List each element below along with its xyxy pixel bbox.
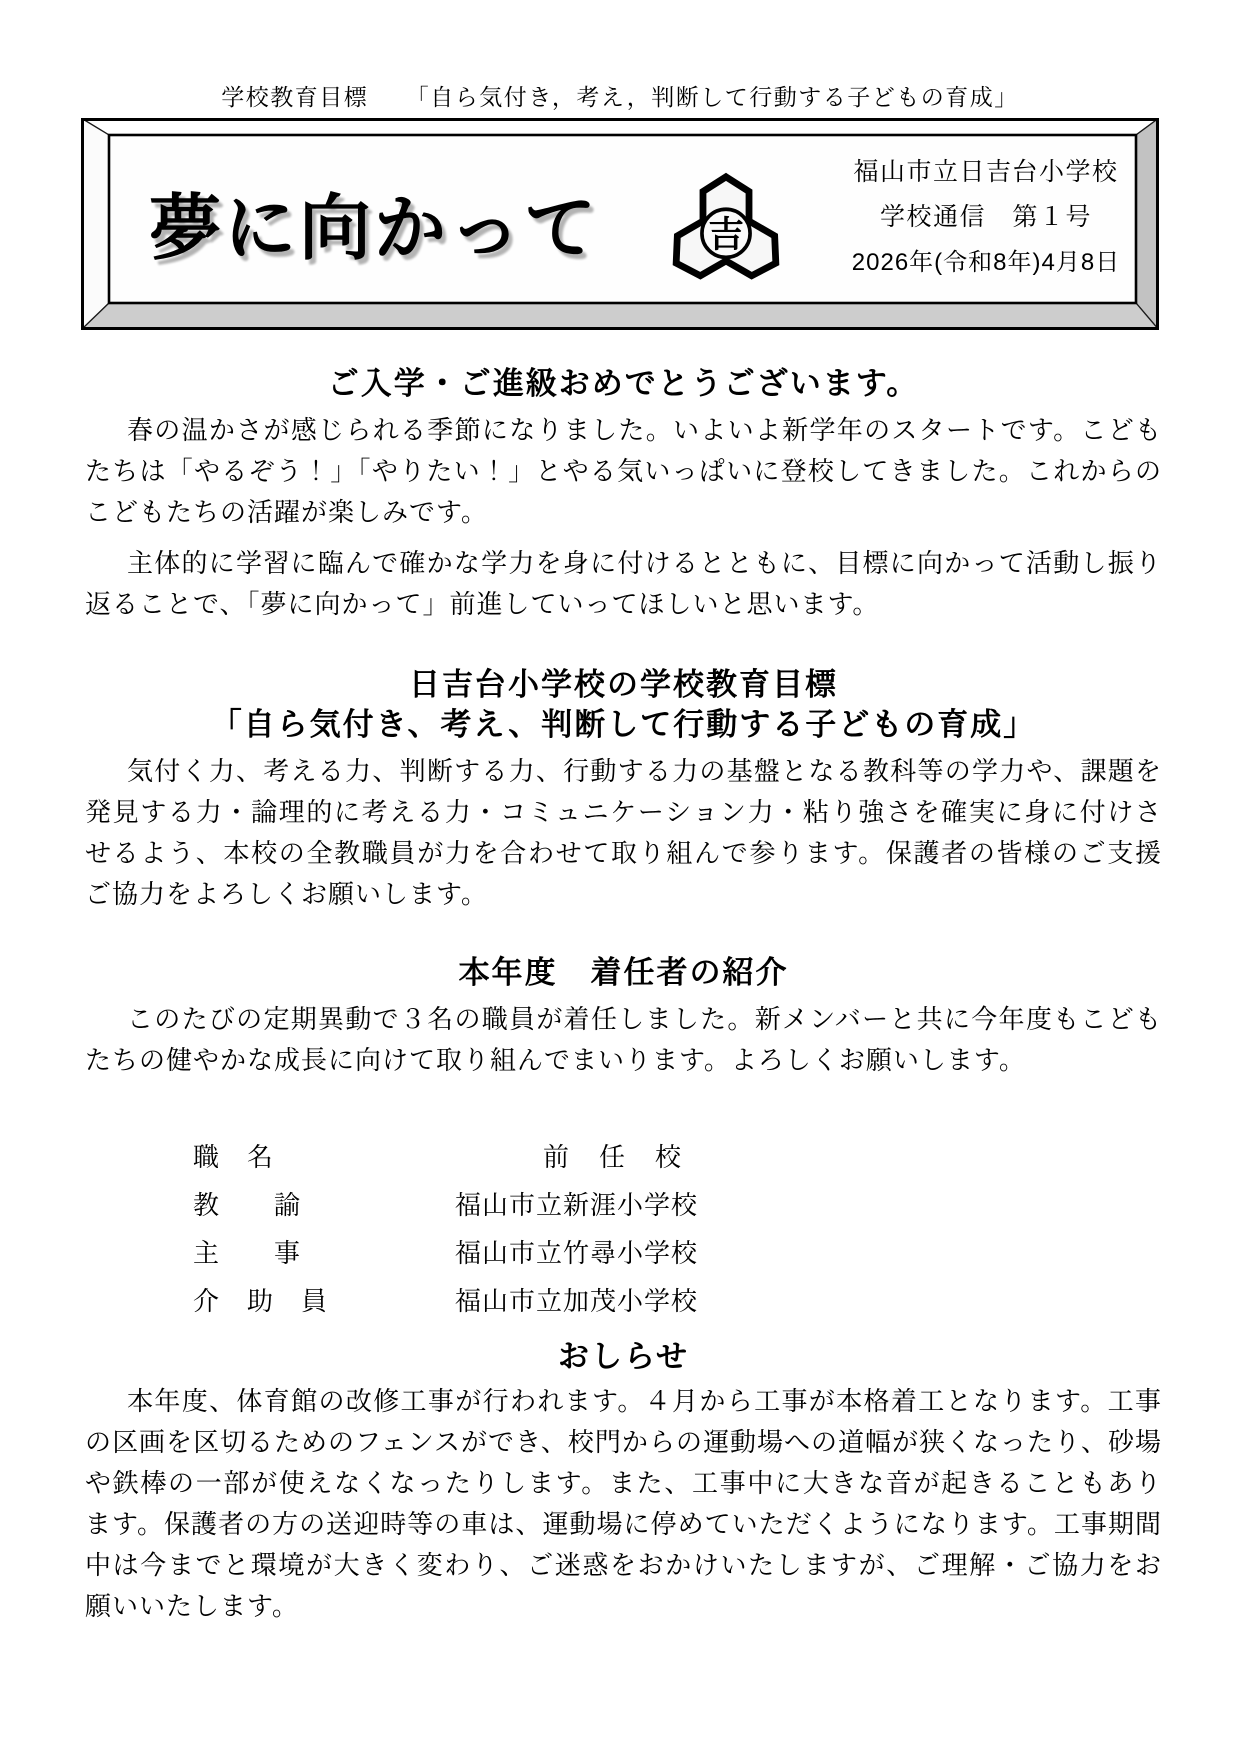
greeting-paragraph-1: 春の温かさが感じられる季節になりました。いよいよ新学年のスタートです。こどもたち… [85, 410, 1162, 533]
table-row: 教 諭 福山市立新涯小学校 [85, 1181, 1162, 1229]
newsletter-page: 学校教育目標 「自ら気付き，考え，判断して行動する子どもの育成」 夢に向かって … [0, 0, 1240, 1627]
table-header-row: 職 名 前 任 校 [85, 1133, 1162, 1181]
greeting-paragraph-2: 主体的に学習に臨んで確かな学力を身に付けるとともに、目標に向かって活動し振り返る… [85, 543, 1162, 625]
education-goal-motto: 「自ら気付き、考え、判断して行動する子どもの育成」 [85, 707, 1162, 743]
table-row: 介 助 員 福山市立加茂小学校 [85, 1277, 1162, 1325]
staff-previous-school: 福山市立竹尋小学校 [455, 1229, 698, 1277]
education-goal-paragraph: 気付く力、考える力、判断する力、行動する力の基盤となる教科等の学力や、課題を発見… [85, 751, 1162, 915]
staff-previous-school: 福山市立加茂小学校 [455, 1277, 698, 1325]
notice-heading: おしらせ [85, 1339, 1162, 1375]
table-row: 主 事 福山市立竹尋小学校 [85, 1229, 1162, 1277]
staff-role: 介 助 員 [193, 1277, 343, 1325]
column-header-role: 職 名 [193, 1133, 343, 1181]
staff-role: 教 諭 [193, 1181, 343, 1229]
education-goal-heading: 日吉台小学校の学校教育目標 [85, 667, 1162, 703]
masthead-info: 福山市立日吉台小学校 学校通信 第１号 2026年(令和8年)4月8日 [823, 150, 1149, 285]
emblem-character: 吉 [708, 214, 744, 254]
newsletter-title: 夢に向かって [149, 170, 599, 274]
masthead-plaque: 夢に向かって 吉 福山市立日吉台小学校 学校通信 第１号 2026年(令和8年)… [81, 118, 1159, 330]
issue-number: 学校通信 第１号 [823, 195, 1149, 240]
school-name: 福山市立日吉台小学校 [823, 150, 1149, 195]
newsletter-body: ご入学・ご進級おめでとうございます。 春の温かさが感じられる季節になりました。い… [85, 366, 1162, 1627]
notice-paragraph: 本年度、体育館の改修工事が行われます。４月から工事が本格着工となります。工事の区… [85, 1381, 1162, 1627]
column-header-previous-school: 前 任 校 [543, 1133, 683, 1181]
new-staff-intro: このたびの定期異動で３名の職員が着任しました。新メンバーと共に今年度もこどもたち… [85, 999, 1162, 1081]
new-staff-heading: 本年度 着任者の紹介 [85, 955, 1162, 991]
staff-previous-school: 福山市立新涯小学校 [455, 1181, 698, 1229]
issue-date: 2026年(令和8年)4月8日 [823, 240, 1149, 285]
new-staff-table: 職 名 前 任 校 教 諭 福山市立新涯小学校 主 事 福山市立竹尋小学校 介 … [85, 1133, 1162, 1325]
staff-role: 主 事 [193, 1229, 343, 1277]
school-emblem-icon: 吉 [663, 158, 789, 294]
school-goal-header: 学校教育目標 「自ら気付き，考え，判断して行動する子どもの育成」 [0, 84, 1240, 110]
greeting-heading: ご入学・ご進級おめでとうございます。 [85, 366, 1162, 402]
